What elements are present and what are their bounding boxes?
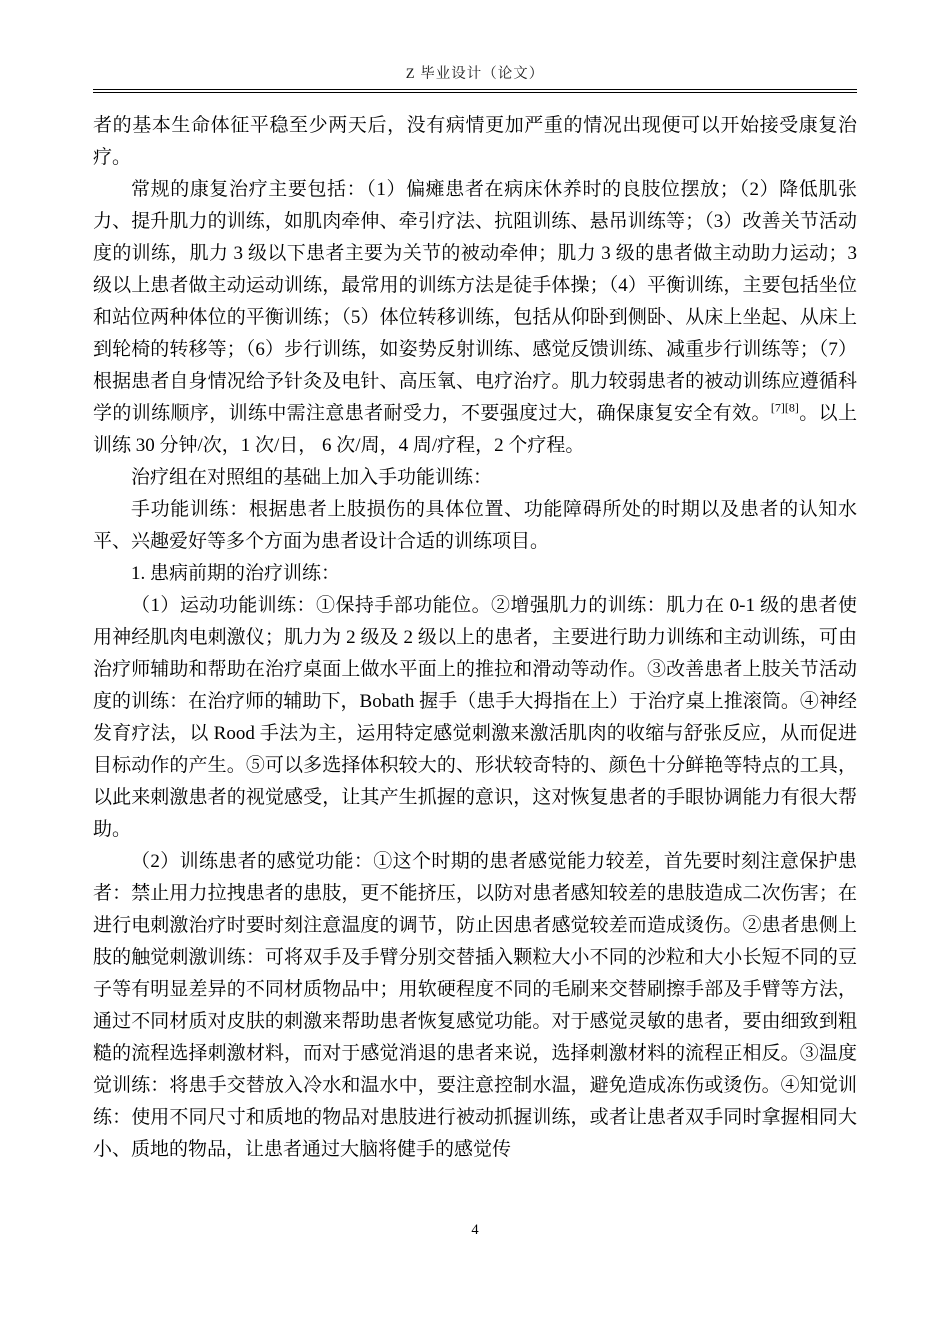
- document-page: Z 毕业设计（论文） 者的基本生命体征平稳至少两天后，没有病情更加严重的情况出现…: [0, 0, 950, 1344]
- paragraph-early-stage-heading: 1. 患病前期的治疗训练：: [93, 558, 857, 590]
- citation-reference: [7][8]: [771, 401, 799, 415]
- document-body: 者的基本生命体征平稳至少两天后，没有病情更加严重的情况出现便可以开始接受康复治疗…: [93, 110, 857, 1166]
- header-rule: [93, 89, 857, 93]
- header-title: Z 毕业设计（论文）: [93, 62, 857, 83]
- page-header: Z 毕业设计（论文）: [93, 0, 857, 93]
- paragraph-routine-rehab: 常规的康复治疗主要包括：（1）偏瘫患者在病床休养时的良肢位摆放；（2）降低肌张力…: [93, 174, 857, 462]
- paragraph-hand-function-intro: 手功能训练：根据患者上肢损伤的具体位置、功能障碍所处的时期以及患者的认知水平、兴…: [93, 494, 857, 558]
- paragraph-sensory-function-training: （2）训练患者的感觉功能：①这个时期的患者感觉能力较差，首先要时刻注意保护患者：…: [93, 846, 857, 1166]
- paragraph-text-before-citation: 常规的康复治疗主要包括：（1）偏瘫患者在病床休养时的良肢位摆放；（2）降低肌张力…: [93, 179, 857, 424]
- page-footer: 4: [0, 1222, 950, 1239]
- paragraph-continuation: 者的基本生命体征平稳至少两天后，没有病情更加严重的情况出现便可以开始接受康复治疗…: [93, 110, 857, 174]
- page-number: 4: [471, 1222, 478, 1238]
- paragraph-motor-function-training: （1）运动功能训练：①保持手部功能位。②增强肌力的训练：肌力在 0-1 级的患者…: [93, 590, 857, 846]
- paragraph-treatment-group: 治疗组在对照组的基础上加入手功能训练：: [93, 462, 857, 494]
